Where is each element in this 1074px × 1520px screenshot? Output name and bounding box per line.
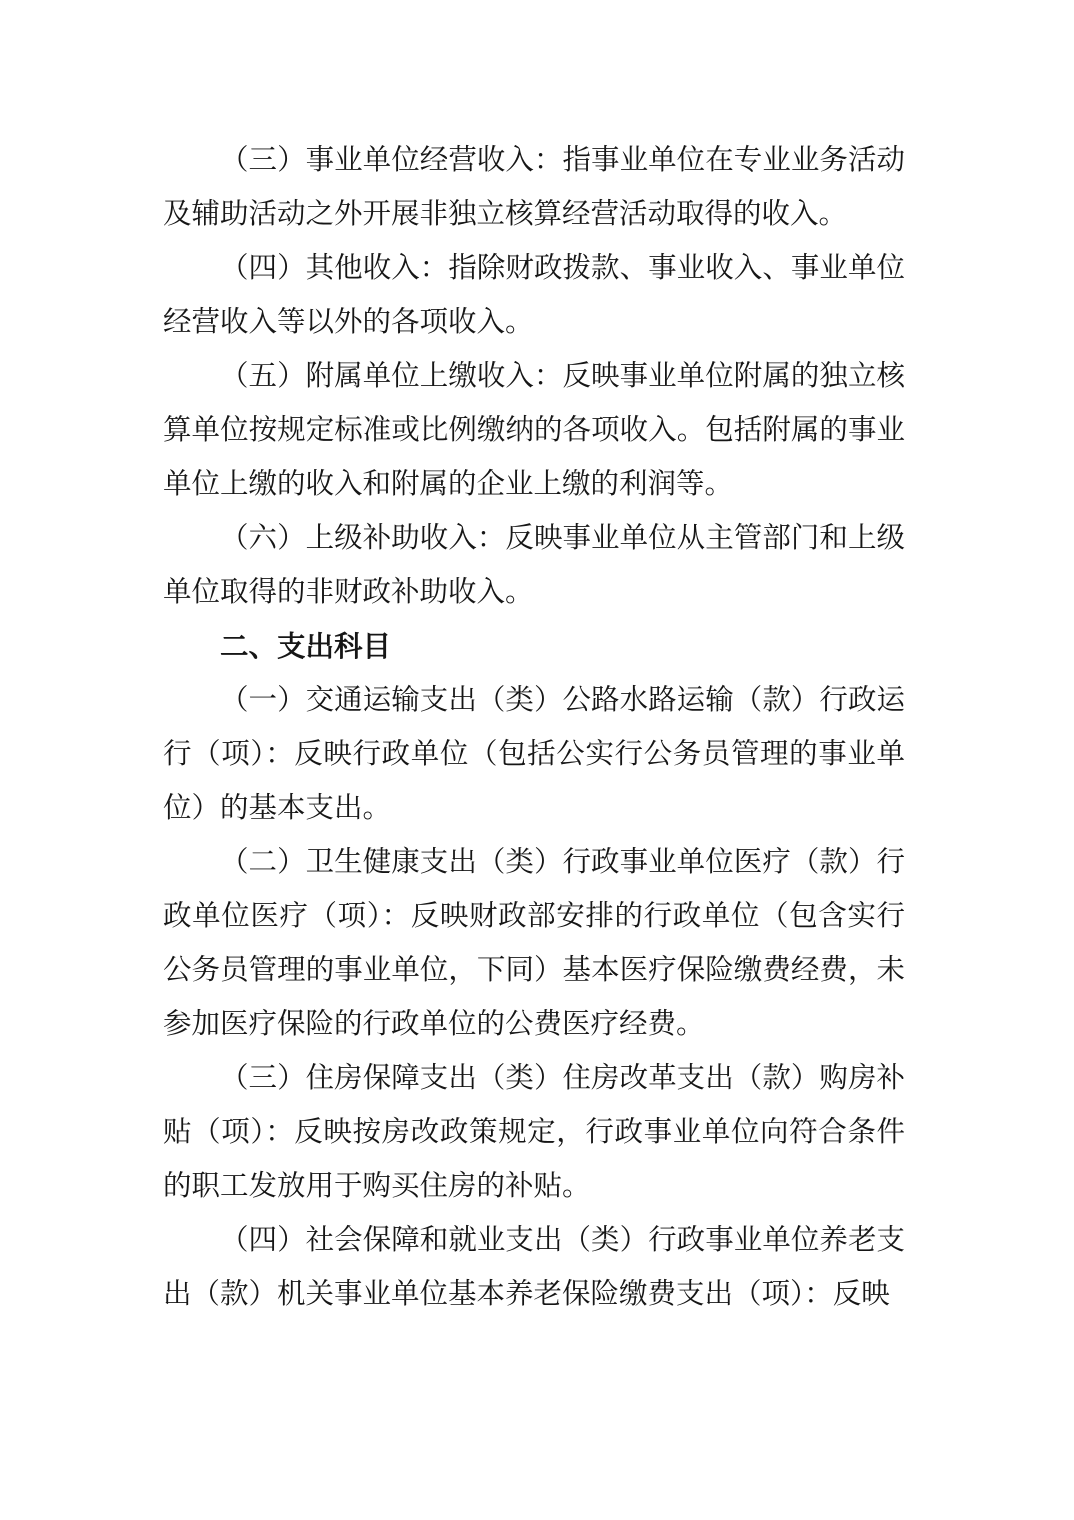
section-heading-expenditure-subjects: 二、支出科目 (163, 620, 905, 674)
document-body: （三）事业单位经营收入：指事业单位在专业业务活动及辅助活动之外开展非独立核算经营… (163, 134, 905, 1322)
paragraph-expense-health: （二）卫生健康支出（类）行政事业单位医疗（款）行政单位医疗（项）：反映财政部安排… (163, 836, 905, 1052)
paragraph-expense-transportation: （一）交通运输支出（类）公路水路运输（款）行政运行（项）：反映行政单位（包括公实… (163, 674, 905, 836)
paragraph-income-affiliated-unit-remittance: （五）附属单位上缴收入：反映事业单位附属的独立核算单位按规定标准或比例缴纳的各项… (163, 350, 905, 512)
paragraph-income-other-revenue: （四）其他收入：指除财政拨款、事业收入、事业单位经营收入等以外的各项收入。 (163, 242, 905, 350)
document-page: （三）事业单位经营收入：指事业单位在专业业务活动及辅助活动之外开展非独立核算经营… (0, 0, 1074, 1520)
paragraph-expense-housing: （三）住房保障支出（类）住房改革支出（款）购房补贴（项）：反映按房改政策规定，行… (163, 1052, 905, 1214)
paragraph-income-operating-revenue: （三）事业单位经营收入：指事业单位在专业业务活动及辅助活动之外开展非独立核算经营… (163, 134, 905, 242)
paragraph-income-superior-subsidy: （六）上级补助收入：反映事业单位从主管部门和上级单位取得的非财政补助收入。 (163, 512, 905, 620)
paragraph-expense-social-security: （四）社会保障和就业支出（类）行政事业单位养老支出（款）机关事业单位基本养老保险… (163, 1214, 905, 1322)
